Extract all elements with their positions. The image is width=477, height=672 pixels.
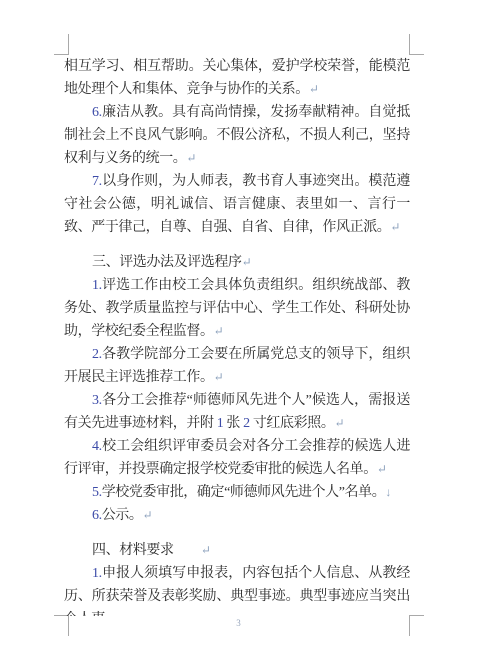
paragraph-mark: ↵ (390, 220, 400, 234)
text-run: 三、评选办法及评选程序 (92, 255, 242, 270)
text-content: 相互学习、相互帮助。关心集体，爱护学校荣誉，能模范地处理个人和集体、竞争与协作的… (64, 55, 410, 616)
paragraph-mark: ↵ (242, 255, 252, 269)
text-run: 公示。 (102, 508, 143, 523)
paragraph: 2.各教学院部分工会要在所属党总支的领导下，组织开展民主评选推荐工作。↵ (64, 343, 410, 389)
number-run: 7. (92, 174, 102, 189)
paragraph-mark: ↵ (143, 508, 153, 522)
paragraph-mark: ↵ (201, 543, 211, 557)
section-heading: 三、评选办法及评选程序↵ (64, 251, 410, 274)
number-run: 5. (92, 485, 102, 500)
paragraph: 6.公示。↵ (64, 504, 410, 527)
paragraph-mark: ↵ (186, 151, 196, 165)
document-page: 相互学习、相互帮助。关心集体，爱护学校荣誉，能模范地处理个人和集体、竞争与协作的… (0, 0, 477, 672)
text-run: 学校党委审批，确定“师德师风先进个人”名单。 (102, 485, 386, 500)
paragraph-mark: ↵ (309, 82, 319, 96)
paragraph: 7.以身作则，为人师表，教书育人事迹突出。模范遵守社会公德，明礼诚信、语言健康、… (64, 170, 410, 239)
text-run: 申报人须填写申报表，内容包括个人信息、从教经历、所获荣誉及表彰奖励、典型事迹。典… (64, 566, 410, 616)
text-run: 寸红底彩照。 (250, 416, 335, 431)
text-run: 以身作则，为人师表，教书育人事迹突出。模范遵守社会公德，明礼诚信、语言健康、表里… (64, 174, 410, 235)
number-run: 1. (92, 278, 102, 293)
paragraph: 1.申报人须填写申报表，内容包括个人信息、从教经历、所获荣誉及表彰奖励、典型事迹… (64, 562, 410, 616)
text-run: 校工会组织评审委员会对各分工会推荐的候选人进行评审，并投票确定报学校党委审批的候… (64, 439, 410, 477)
paragraph: 3.各分工会推荐“师德师风先进个人”候选人，需报送有关先进事迹材料，并附 1 张… (64, 389, 410, 435)
text-run: 各教学院部分工会要在所属党总支的领导下，组织开展民主评选推荐工作。 (64, 347, 410, 385)
paragraph: 1.评选工作由校工会具体负责组织。组织统战部、教务处、教学质量监控与评估中心、学… (64, 274, 410, 343)
paragraph: 5.学校党委审批，确定“师德师风先进个人”名单。↓ (64, 481, 410, 504)
number-run: 1. (92, 566, 102, 581)
text-run: 相互学习、相互帮助。关心集体，爱护学校荣誉，能模范地处理个人和集体、竞争与协作的… (64, 59, 410, 97)
text-run: 评选工作由校工会具体负责组织。组织统战部、教务处、教学质量监控与评估中心、学生工… (64, 278, 410, 339)
page-number: 3 (0, 616, 477, 630)
paragraph-mark: ↵ (334, 416, 344, 430)
text-run: 廉洁从教。具有高尚情操，发扬奉献精神。自觉抵制社会上不良风气影响。不假公济私，不… (64, 105, 410, 166)
text-run: 张 (223, 416, 243, 431)
paragraph-mark: ↵ (377, 462, 387, 476)
text-run: 四、材料要求 (92, 543, 201, 558)
paragraph-mark: ↵ (214, 324, 224, 338)
section-heading: 四、材料要求 ↵ (64, 539, 410, 562)
number-run: 6. (92, 105, 102, 120)
crop-mark-top-left (54, 34, 69, 55)
paragraph: 6.廉洁从教。具有高尚情操，发扬奉献精神。自觉抵制社会上不良风气影响。不假公济私… (64, 101, 410, 170)
line-break-mark: ↓ (385, 485, 391, 499)
number-run: 3. (92, 393, 102, 408)
crop-mark-top-right (409, 34, 424, 55)
paragraph-mark: ↵ (214, 370, 224, 384)
paragraph: 相互学习、相互帮助。关心集体，爱护学校荣誉，能模范地处理个人和集体、竞争与协作的… (64, 55, 410, 101)
paragraph: 4.校工会组织评审委员会对各分工会推荐的候选人进行评审，并投票确定报学校党委审批… (64, 435, 410, 481)
number-run: 2 (243, 416, 250, 431)
number-run: 2. (92, 347, 102, 362)
number-run: 6. (92, 508, 102, 523)
number-run: 4. (92, 439, 102, 454)
